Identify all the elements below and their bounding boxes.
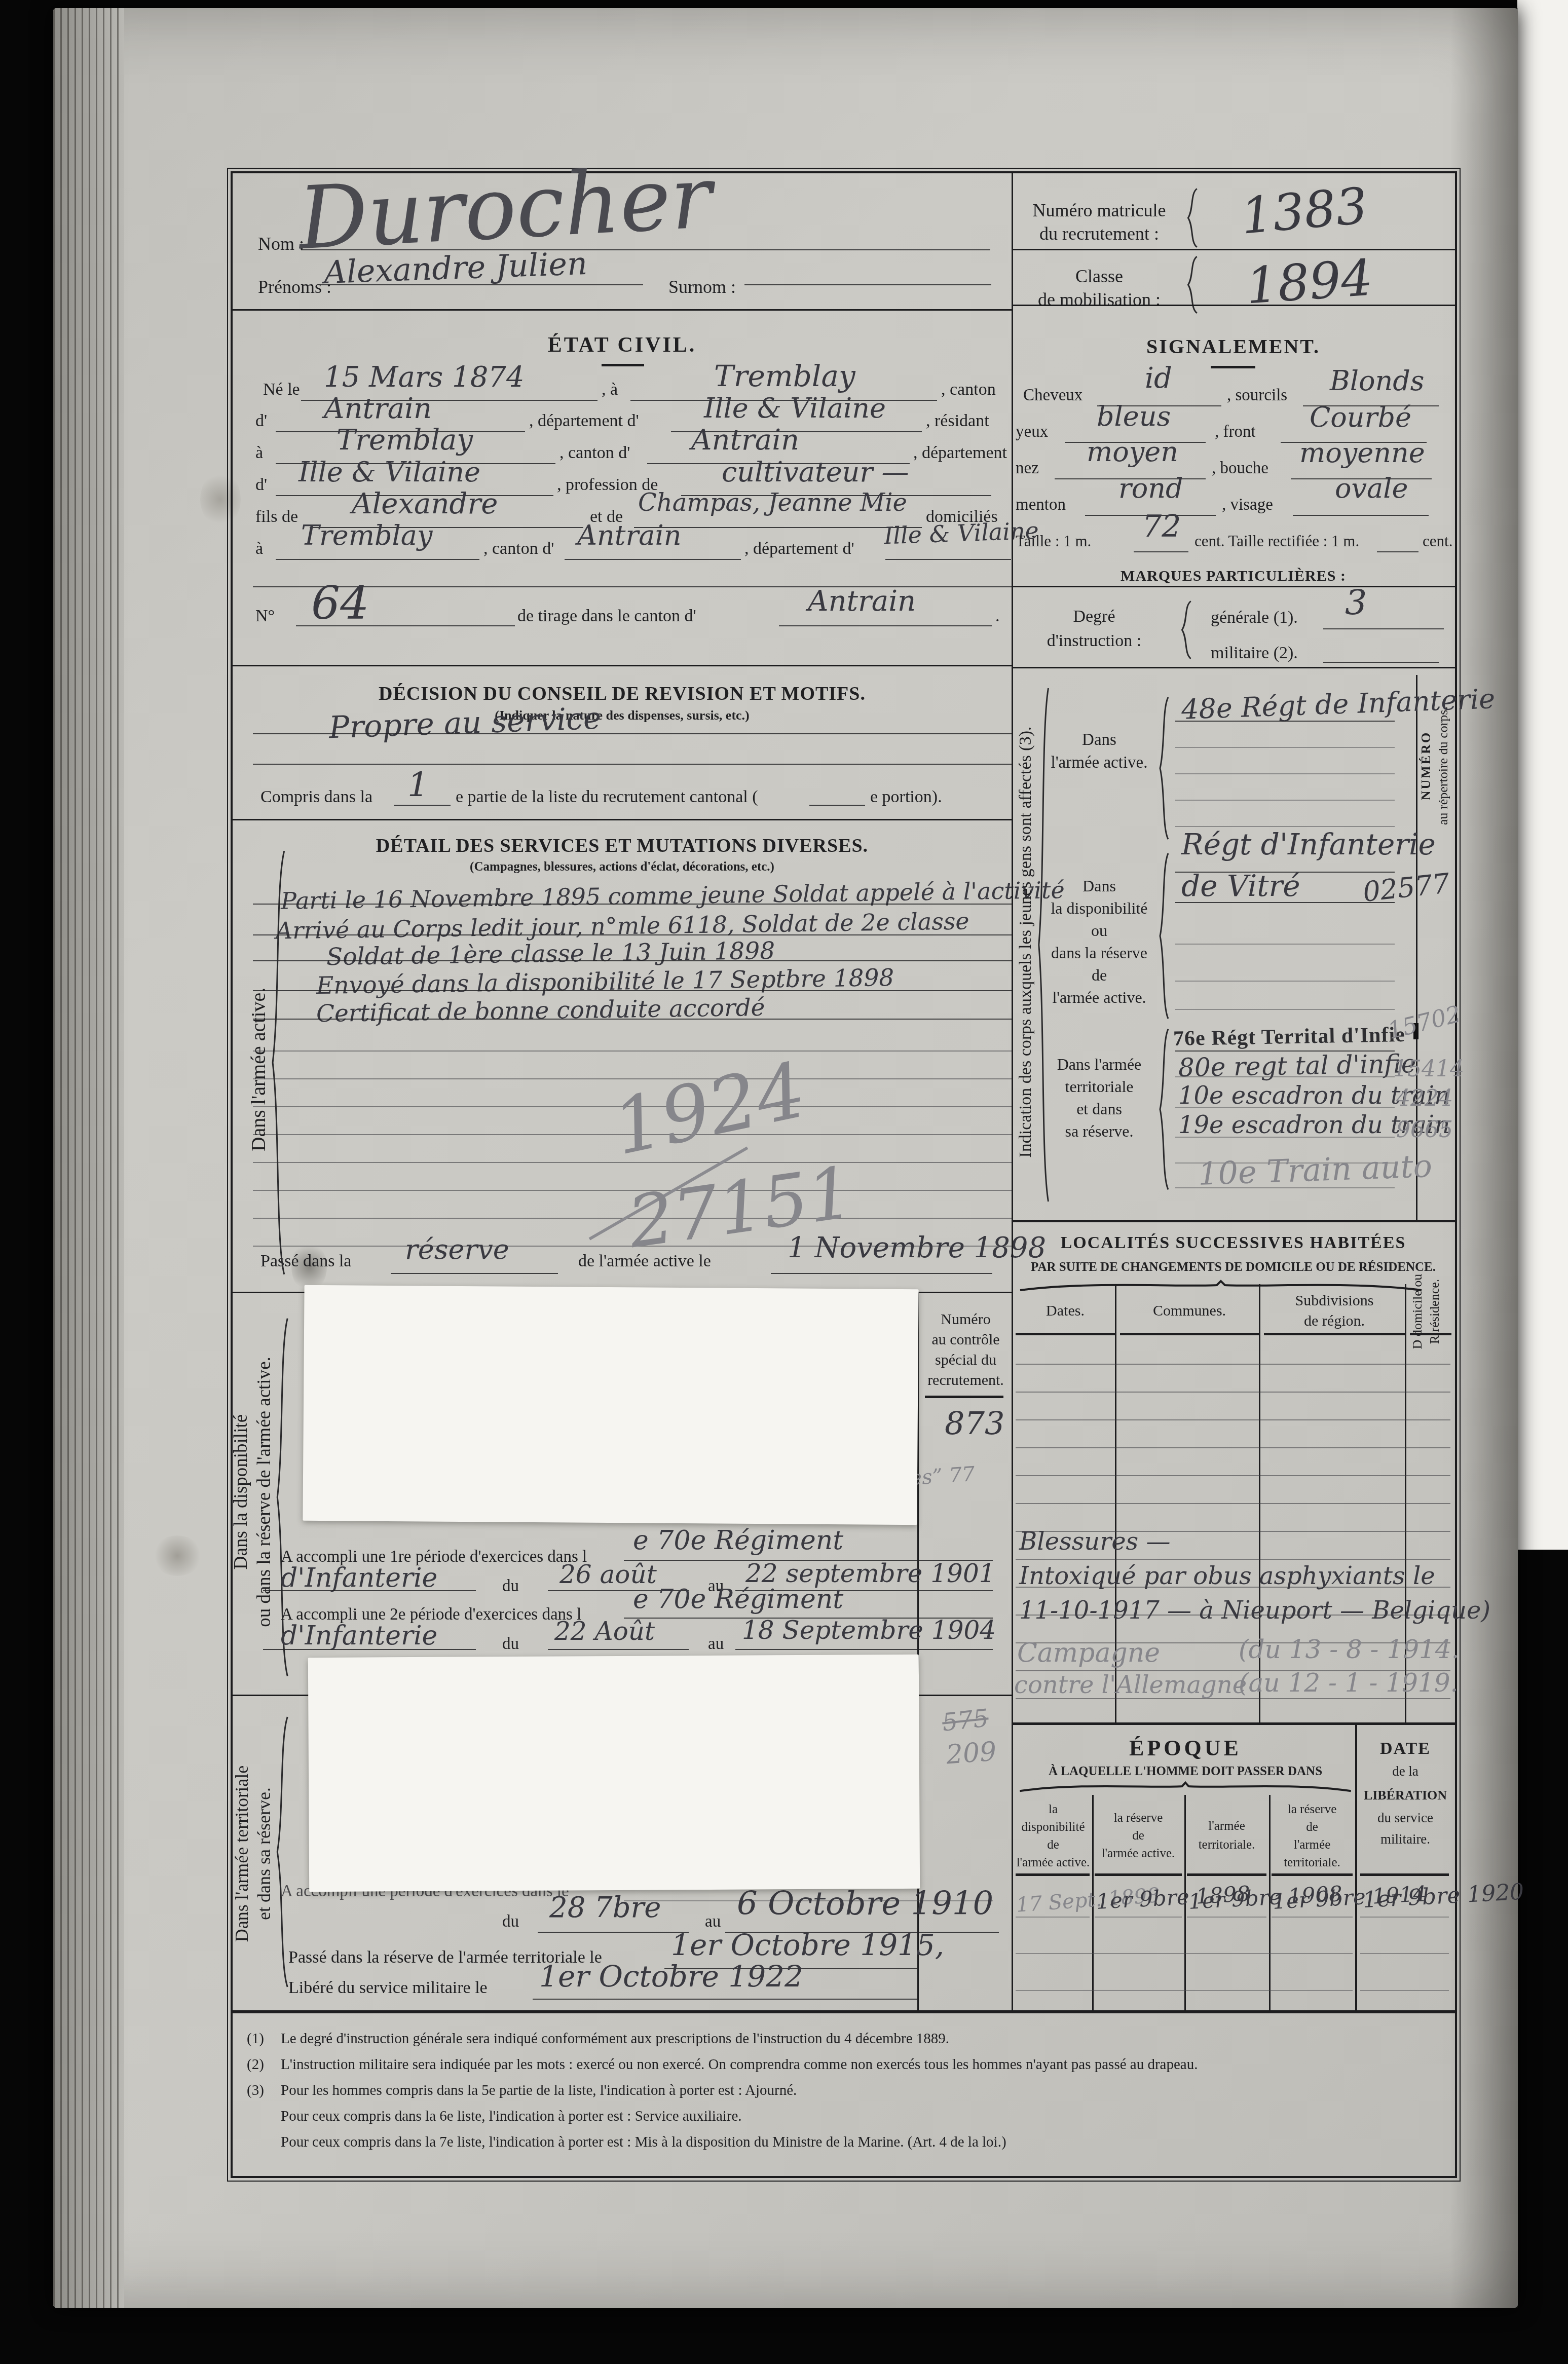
nez-value: moyen	[1087, 436, 1178, 468]
header-rule	[1360, 1873, 1449, 1876]
compris-label-b: e partie de la liste du recrutement cant…	[456, 787, 758, 807]
birth-departement: Ille & Vilaine	[704, 392, 886, 424]
epoque-c4-l1: de	[1271, 1820, 1353, 1834]
epoque-c4-l2: l'armée	[1271, 1838, 1353, 1852]
terr-last-entry: 10e Train auto	[1198, 1147, 1433, 1192]
a3-label: à	[255, 539, 263, 558]
ruled-line	[1175, 1076, 1395, 1077]
sourcils-label: , sourcils	[1227, 386, 1287, 405]
d-label: d'	[255, 411, 267, 431]
ruled-line	[1016, 1917, 1090, 1918]
controle-header-rule	[925, 1396, 1003, 1398]
date-header-2: de la	[1357, 1763, 1453, 1779]
ruled-line	[253, 904, 1012, 905]
periode2-infanterie: d'Infanterie	[281, 1621, 437, 1651]
front-value: Courbé	[1310, 401, 1411, 433]
epoque-c1-l2: de	[1016, 1838, 1091, 1852]
a2-label: à	[255, 443, 263, 463]
header-rule	[1410, 1333, 1451, 1335]
header-rule	[1095, 1873, 1182, 1876]
taille-label: Taille : 1 m.	[1016, 532, 1091, 550]
col-dates: Dates.	[1016, 1302, 1115, 1320]
front-label: , front	[1215, 423, 1256, 441]
title-rule	[1211, 366, 1255, 368]
terr-stamp-number: 15702	[1385, 1000, 1464, 1044]
header-rule	[1016, 1873, 1090, 1876]
periode1-regiment: e 70e Régiment	[633, 1525, 843, 1556]
numero-tirage-label: N°	[255, 607, 275, 626]
passe-reserve-date: 1 Novembre 1898	[788, 1231, 1046, 1264]
margin-number: 209	[945, 1737, 997, 1771]
footnote-3-number: (3)	[247, 2082, 264, 2099]
surnom-label: Surnom :	[668, 276, 736, 297]
ruled-line	[276, 559, 479, 560]
detail-subtitle: (Campagnes, blessures, actions d'éclat, …	[233, 860, 1012, 874]
ruled-line	[263, 1590, 476, 1591]
footnote-3-text: Pour les hommes compris dans la 5e parti…	[281, 2082, 797, 2099]
section-divider	[233, 665, 1012, 666]
dep-d2-label: , département d'	[744, 539, 854, 558]
ruled-line	[253, 990, 1012, 991]
ruled-line	[565, 559, 741, 560]
bouche-label: , bouche	[1212, 459, 1268, 478]
cheveux-label: Cheveux	[1023, 386, 1082, 405]
classe-label-1: Classe	[1023, 266, 1175, 287]
book-page-stack-edge	[53, 8, 124, 2308]
ruled-line	[1175, 800, 1395, 801]
cent-label: cent.	[1423, 532, 1452, 550]
corps-active-label-1: Dans	[1043, 731, 1155, 749]
corps-vertical-label: Indication des corps auxquels les jeunes…	[1016, 663, 1035, 1221]
degre-label-1: Degré	[1038, 607, 1150, 626]
footnote-3c-text: Pour ceux compris dans la 7e liste, l'in…	[281, 2134, 1006, 2151]
birth-commune: Tremblay	[714, 359, 855, 393]
epoque-c2-l2: l'armée active.	[1094, 1847, 1182, 1861]
du-label: du	[502, 1577, 519, 1596]
terr-row-2-number: 4224	[1396, 1085, 1453, 1111]
brace-icon	[1185, 187, 1199, 248]
epoque-c4-l0: la réserve	[1271, 1803, 1353, 1817]
ruled-line	[1293, 515, 1429, 516]
ruled-line	[1272, 1917, 1353, 1918]
matricule-number: 1383	[1239, 177, 1370, 245]
generale-label: générale (1).	[1211, 608, 1298, 627]
service-line-3: Soldat de 1ère classe le 13 Juin 1898	[326, 937, 775, 971]
side-label-line: Dans la disponibilité	[230, 1299, 253, 1684]
ruled-line	[1016, 1953, 1353, 1954]
etat-civil-title: ÉTAT CIVIL.	[233, 333, 1012, 357]
side-label-disponibilite: Dans la disponibilité ou dans la réserve…	[230, 1299, 276, 1684]
libere-label: Libéré du service militaire le	[288, 1978, 488, 1998]
nom-label: Nom :	[258, 233, 304, 254]
nez-label: nez	[1016, 459, 1039, 478]
corps-terr-line-3: sa réserve.	[1038, 1122, 1160, 1141]
ruled-line	[1175, 944, 1395, 945]
tirage-label: de tirage dans le canton d'	[517, 607, 696, 626]
periode2-date-fin: 18 Septembre 1904	[742, 1616, 996, 1645]
header-rule	[1264, 1333, 1405, 1335]
col-subdivisions-2: de région.	[1264, 1312, 1405, 1330]
epoque-c2-l1: de	[1094, 1829, 1182, 1843]
periode2-regiment: e 70e Régiment	[633, 1584, 843, 1615]
corps-dispo-line-5: l'armée active.	[1043, 988, 1155, 1007]
parents-commune: Tremblay	[301, 519, 433, 551]
canton-d2-label: , canton d'	[483, 539, 554, 558]
corps-dispo-line-4: de	[1043, 966, 1155, 985]
section-brace	[269, 842, 286, 1283]
brace-icon	[1158, 694, 1170, 842]
marques-label: MARQUES PARTICULIÈRES :	[1012, 568, 1455, 585]
passe-reserve-label-b: de l'armée active le	[578, 1252, 711, 1271]
ne-le-label: Né le	[263, 380, 300, 399]
epoque-c3-l1: territoriale.	[1186, 1838, 1267, 1852]
d2-label: d'	[255, 475, 267, 495]
birth-date: 15 Mars 1874	[324, 361, 525, 394]
decorative-brace	[1018, 1279, 1424, 1292]
blessures-entry: Blessures —	[1019, 1527, 1170, 1556]
generale-value: 3	[1345, 583, 1367, 623]
side-label-territoriale: Dans l'armée territoriale et dans sa rés…	[231, 1712, 275, 1996]
matricule-label-2: du recrutement :	[1023, 223, 1175, 244]
decision-title: DÉCISION DU CONSEIL DE REVISION ET MOTIF…	[233, 683, 1012, 705]
epoque-c2-l0: la réserve	[1094, 1811, 1182, 1825]
fils-de-label: fils de	[255, 507, 298, 527]
du-label: du	[502, 1635, 519, 1654]
controle-header-2: au contrôle	[920, 1331, 1012, 1348]
libere-date: 1er Octobre 1922	[539, 1959, 803, 1994]
ruled-line	[1175, 1107, 1395, 1108]
periode2-date-debut: 22 Août	[554, 1617, 655, 1646]
brace-icon	[1158, 850, 1170, 1022]
deces-entry-1: Intoxiqué par obus asphyxiants le	[1019, 1562, 1435, 1590]
bouche-value: moyenne	[1299, 437, 1425, 469]
profession-value: cultivateur —	[722, 456, 909, 488]
epoque-title: ÉPOQUE	[1016, 1735, 1355, 1761]
date-header-5: militaire.	[1357, 1831, 1453, 1847]
ruled-line	[1377, 551, 1418, 552]
deces-entry-2: 11-10-1917 — à Nieuport — Belgique)	[1019, 1596, 1490, 1625]
parents-canton: Antrain	[577, 519, 682, 551]
ruled-line	[1134, 551, 1188, 552]
epoque-c1-l0: la	[1016, 1803, 1091, 1817]
menton-label: menton	[1016, 496, 1066, 514]
paper-stain	[152, 1535, 203, 1576]
main-column-divider	[1012, 173, 1013, 2010]
tirage-canton: Antrain	[808, 585, 916, 618]
ruled-line	[391, 1273, 558, 1274]
footnote-1-number: (1)	[247, 2031, 264, 2047]
ruled-line	[885, 559, 1011, 560]
epoque-c1-l3: l'armée active.	[1016, 1856, 1091, 1870]
localites-subtitle: PAR SUITE DE CHANGEMENTS DE DOMICILE OU …	[1012, 1260, 1455, 1274]
brace-icon	[1179, 600, 1192, 660]
ruled-line	[1360, 1953, 1449, 1954]
section-divider	[233, 819, 1012, 820]
section-divider	[1012, 1722, 1455, 1725]
residence-commune: Tremblay	[337, 424, 473, 457]
ruled-line	[1360, 1990, 1449, 1991]
row-divider	[1012, 586, 1455, 587]
footnote-1-text: Le degré d'instruction générale sera ind…	[281, 2031, 949, 2047]
ruled-line	[263, 1649, 476, 1650]
ruled-line	[1175, 721, 1395, 722]
header-rule	[1272, 1873, 1353, 1876]
taille-value: 72	[1142, 509, 1181, 544]
campagne-entry-1: Campagne	[1017, 1638, 1160, 1668]
ruled-line	[1323, 628, 1444, 629]
ruled-line	[253, 934, 1012, 935]
section-brace	[274, 1711, 289, 1993]
ruled-line	[1360, 1917, 1449, 1918]
terr-row-1: 80e regt tal d'infie	[1178, 1049, 1416, 1082]
ruled-line	[1175, 747, 1395, 748]
ruled-line	[253, 960, 1012, 961]
table-bottom-divider	[233, 2010, 1455, 2013]
classe-label-2: de mobilisation :	[1023, 289, 1175, 310]
ruled-line	[301, 249, 990, 250]
degre-label-2: d'instruction :	[1028, 631, 1160, 651]
sourcils-value: Blonds	[1330, 365, 1425, 397]
controle-number: 873	[945, 1405, 1004, 1442]
signalement-title: SIGNALEMENT.	[1012, 334, 1455, 358]
ruled-line	[253, 1019, 1012, 1020]
tirage-number: 64	[311, 577, 369, 630]
ruled-line	[1175, 902, 1395, 903]
campagne-dates-1: (du 13 - 8 - 1914.	[1239, 1635, 1460, 1664]
ruled-line	[319, 284, 643, 285]
col-subdivisions-1: Subdivisions	[1264, 1292, 1405, 1309]
territorial-date-debut: 28 7bre	[549, 1891, 661, 1924]
section-divider	[233, 309, 1012, 311]
row-divider	[1012, 249, 1455, 250]
terr-stamp: 76e Régt Territal d'Infie	[1173, 1023, 1406, 1051]
birth-canton: Antrain	[324, 392, 432, 425]
militaire-label: militaire (2).	[1211, 644, 1298, 663]
ruled-line	[771, 1273, 992, 1274]
corps-active-label-2: l'armée active.	[1043, 754, 1155, 772]
corps-dispo-line-3: dans la réserve	[1043, 944, 1155, 962]
footnote-2-text: L'instruction militaire sera indiquée pa…	[281, 2056, 1198, 2073]
matricule-label-1: Numéro matricule	[1023, 200, 1175, 221]
a-label: , à	[602, 380, 618, 399]
cheveux-value: id	[1145, 362, 1172, 395]
visage-value: ovale	[1335, 472, 1408, 504]
ruled-line	[1175, 1009, 1395, 1010]
ruled-line	[735, 1649, 993, 1650]
compris-label-a: Compris dans la	[260, 787, 372, 807]
departement-label: , département d'	[529, 411, 639, 431]
du-label: du	[502, 1912, 519, 1931]
mother-name: Champas, Jeanne Mie	[638, 489, 907, 517]
header-rule	[1016, 1333, 1115, 1335]
ruled-line	[538, 1932, 689, 1933]
au-label: au	[708, 1635, 724, 1654]
footnote-2-number: (2)	[247, 2056, 264, 2073]
corps-dispo-line-0: Dans	[1043, 877, 1155, 895]
passe-territoriale-date: 1er Octobre 1915,	[671, 1928, 944, 1962]
menton-value: rond	[1118, 472, 1183, 504]
matricule-form: Nom : Durocher Prénoms : Alexandre Julie…	[231, 171, 1457, 2178]
corps-dispo-value-2: de Vitré	[1181, 869, 1300, 903]
next-page-edge	[1517, 0, 1568, 1550]
compris-label-c: e portion).	[870, 787, 942, 807]
corps-dispo-line-2: ou	[1043, 921, 1155, 940]
date-header-1: DATE	[1357, 1739, 1453, 1758]
ruled-line	[1095, 1917, 1182, 1918]
ruled-line	[1323, 662, 1439, 663]
corps-dispo-value-1: Régt d'Infanterie	[1181, 827, 1436, 861]
yeux-label: yeux	[1016, 423, 1048, 441]
taille-rectifiee-label: cent. Taille rectifiée : 1 m.	[1194, 532, 1359, 550]
controle-header-1: Numéro	[920, 1311, 1012, 1328]
section-divider	[1012, 1220, 1455, 1222]
decorative-brace	[1018, 1781, 1353, 1793]
ruled-line	[779, 625, 992, 626]
ruled-line	[809, 805, 865, 806]
localites-title: LOCALITÉS SUCCESSIVES HABITÉES	[1012, 1233, 1455, 1253]
terr-row-1-number: 15414	[1393, 1056, 1464, 1082]
side-label-armee-active: Dans l'armée active.	[246, 963, 270, 1176]
terr-row-3-number: 9665	[1396, 1117, 1453, 1143]
service-line-5: Certificat de bonne conduite accordé	[316, 994, 765, 1028]
ruled-line	[253, 764, 1012, 765]
book-spine-shadow	[1450, 8, 1518, 2308]
residence-departement: Ille & Vilaine	[298, 456, 480, 488]
yeux-value: bleus	[1097, 400, 1171, 432]
corps-dispo-line-1: la disponibilité	[1043, 899, 1155, 918]
epoque-c4-l3: territoriale.	[1271, 1856, 1353, 1870]
ruled-line	[548, 1649, 689, 1650]
canton-d-label: , canton d'	[559, 443, 630, 463]
ruled-line	[1175, 1137, 1395, 1138]
scanned-register-page: Nom : Durocher Prénoms : Alexandre Julie…	[0, 0, 1568, 2364]
ruled-line	[744, 284, 991, 285]
epoque-subtitle: À LAQUELLE L'HOMME DOIT PASSER DANS	[1016, 1765, 1355, 1779]
ruled-line	[394, 805, 451, 806]
header-rule	[1187, 1873, 1266, 1876]
date-header-3: LIBÉRATION	[1357, 1788, 1453, 1803]
corps-terr-line-1: territoriale	[1038, 1077, 1160, 1096]
ruled-line	[253, 733, 1012, 734]
ruled-line	[1187, 1917, 1266, 1918]
dot: .	[995, 607, 1000, 626]
controle-header-3: spécial du	[920, 1352, 1012, 1369]
ruled-line	[296, 625, 515, 626]
detail-title: DÉTAIL DES SERVICES ET MUTATIONS DIVERSE…	[233, 835, 1012, 857]
side-label-line: Dans l'armée territoriale	[231, 1712, 253, 1996]
decision-value: Propre au service	[328, 701, 602, 746]
prenoms-label: Prénoms :	[258, 276, 331, 297]
compris-number: 1	[407, 765, 429, 804]
ruled-line	[1175, 981, 1395, 982]
brace-icon	[1158, 1026, 1170, 1193]
footnote-3b-text: Pour ceux compris dans la 6e liste, l'in…	[281, 2108, 742, 2125]
passe-reserve-value-1: réserve	[405, 1233, 509, 1265]
residence-canton: Antrain	[691, 424, 799, 457]
date-header-4: du service	[1357, 1810, 1453, 1826]
side-label-line: et dans sa réserve.	[253, 1712, 275, 1996]
corps-terr-line-2: et dans	[1038, 1100, 1160, 1118]
ruled-line	[533, 1999, 918, 2000]
title-rule	[602, 364, 644, 366]
row-divider	[1012, 305, 1455, 306]
side-label-line: ou dans la réserve de l'armée active.	[253, 1299, 276, 1684]
ruled-line	[1016, 1990, 1353, 1991]
ruled-line	[1175, 1187, 1395, 1188]
campagne-entry-2: contre l'Allemagne	[1014, 1671, 1247, 1699]
campagne-dates-2: (au 12 - 1 - 1919.	[1239, 1668, 1458, 1698]
ruled-line	[1175, 773, 1395, 774]
canton-label: , canton	[941, 380, 996, 399]
pasted-slip	[308, 1655, 920, 1892]
corps-terr-line-0: Dans l'armée	[1038, 1055, 1160, 1074]
col-communes: Communes.	[1120, 1302, 1259, 1320]
header-rule	[1120, 1333, 1259, 1335]
epoque-c3-l0: l'armée	[1186, 1819, 1267, 1833]
visage-label: , visage	[1222, 496, 1273, 514]
territorial-date-fin: 6 Octobre 1910	[737, 1885, 993, 1923]
periode1-infanterie: d'Infanterie	[281, 1563, 437, 1593]
pasted-slip	[303, 1285, 918, 1525]
controle-header-4: recrutement.	[920, 1372, 1012, 1389]
departement2-label: , département	[913, 443, 1007, 463]
margin-number-crossed: 575	[941, 1704, 990, 1737]
residant-label: , résidant	[926, 411, 989, 431]
father-name: Alexandre	[352, 487, 498, 520]
epoque-c1-l1: disponibilité	[1016, 1820, 1091, 1834]
row-divider	[1012, 667, 1455, 668]
